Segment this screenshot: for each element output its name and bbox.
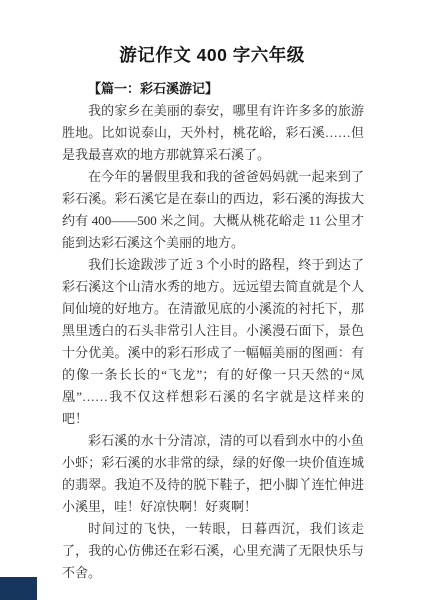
essay-paragraph-3: 我们长途跋涉了近 3 个小时的路程，终于到达了彩石溪这个山清水秀的地方。远远望去… bbox=[62, 254, 364, 430]
section-header: 【篇一：彩石溪游记】 bbox=[62, 78, 364, 100]
page-title: 游记作文 400 字六年级 bbox=[0, 0, 424, 65]
essay-paragraph-4: 彩石溪的水十分清凉，清的可以看到水中的小鱼小虾；彩石溪的水非常的绿，绿的好像一块… bbox=[62, 430, 364, 518]
corner-badge bbox=[0, 577, 37, 600]
essay-paragraph-1: 我的家乡在美丽的泰安，哪里有许许多多的旅游胜地。比如说泰山，天外村，桃花峪，彩石… bbox=[62, 100, 364, 166]
essay-content: 【篇一：彩石溪游记】 我的家乡在美丽的泰安，哪里有许许多多的旅游胜地。比如说泰山… bbox=[62, 78, 364, 584]
essay-paragraph-5: 时间过的飞快，一转眼，日暮西沉，我们该走了，我的心仿佛还在彩石溪，心里充满了无限… bbox=[62, 518, 364, 584]
document-page: 游记作文 400 字六年级 【篇一：彩石溪游记】 我的家乡在美丽的泰安，哪里有许… bbox=[0, 0, 424, 600]
essay-paragraph-2: 在今年的暑假里我和我的爸爸妈妈就一起来到了彩石溪。彩石溪它是在泰山的西边，彩石溪… bbox=[62, 166, 364, 254]
